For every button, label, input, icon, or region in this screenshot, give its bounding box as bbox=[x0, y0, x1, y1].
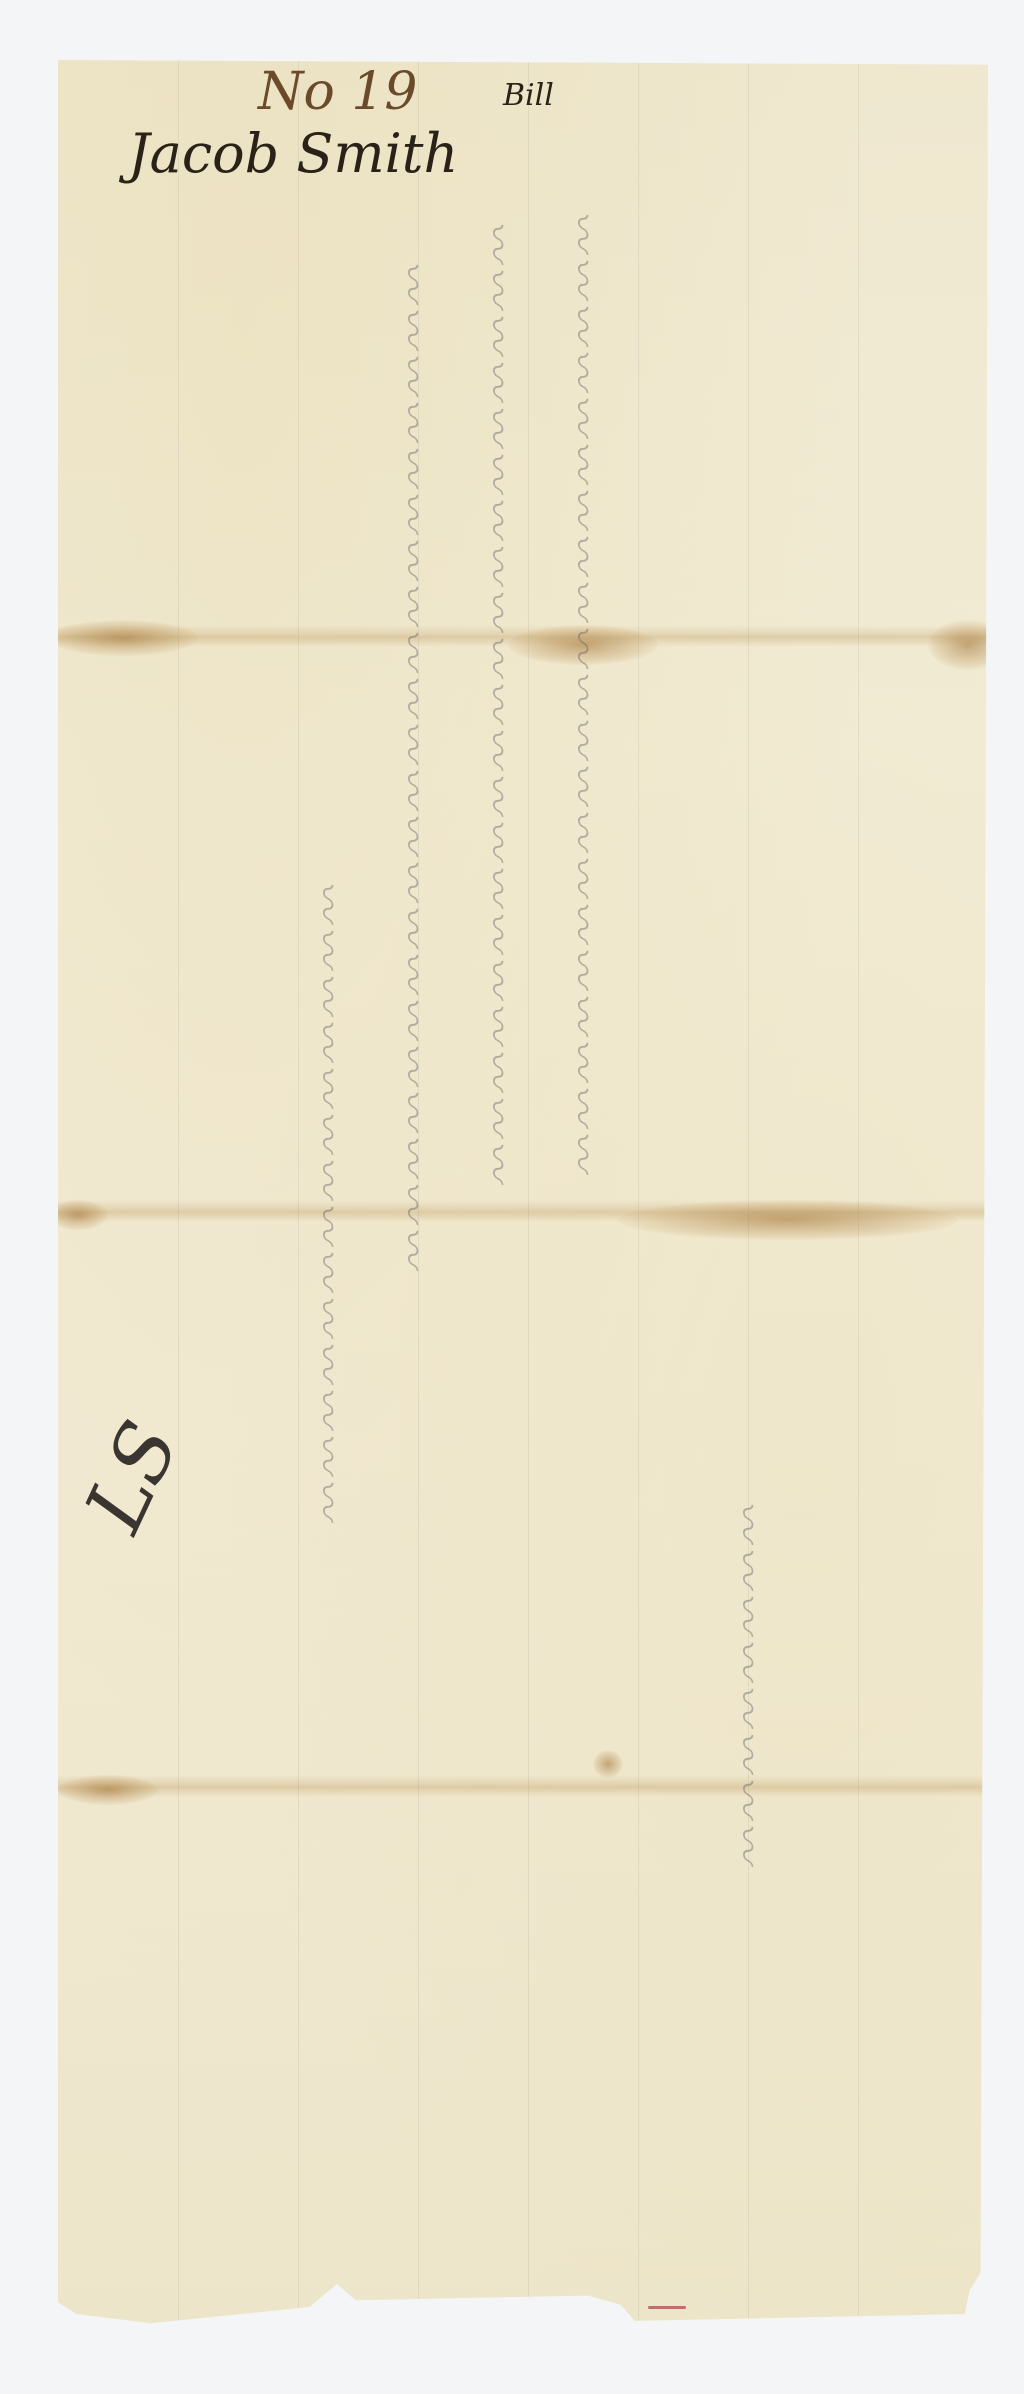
pencil-line-1: 〰〰〰〰〰〰〰〰〰〰〰〰〰〰〰〰〰〰〰〰〰 bbox=[556, 210, 613, 1176]
stain bbox=[928, 620, 1008, 670]
stain bbox=[618, 1200, 958, 1240]
docket-label: Bill bbox=[503, 78, 554, 113]
pencil-line-3: 〰〰〰〰〰〰〰〰〰〰〰〰〰〰〰〰〰〰〰〰〰〰 bbox=[386, 260, 443, 1272]
docket-name: Jacob Smith bbox=[128, 122, 458, 185]
docket-number: No 19 bbox=[258, 62, 418, 122]
fold-line bbox=[58, 1775, 988, 1797]
pencil-line-2: 〰〰〰〰〰〰〰〰〰〰〰〰〰〰〰〰〰〰〰〰〰 bbox=[471, 220, 528, 1186]
stain bbox=[58, 1775, 158, 1805]
pencil-line-4: 〰〰〰〰〰〰〰〰〰〰〰〰〰〰 bbox=[301, 880, 358, 1524]
red-mark bbox=[648, 2306, 686, 2309]
stain bbox=[48, 620, 198, 656]
stain bbox=[593, 1750, 623, 1778]
pencil-line-5: 〰〰〰〰〰〰〰〰 bbox=[721, 1500, 778, 1868]
document-paper: No 19 Bill Jacob Smith LS 〰〰〰〰〰〰〰〰〰〰〰〰〰〰… bbox=[58, 60, 988, 2360]
stain bbox=[48, 1200, 108, 1230]
